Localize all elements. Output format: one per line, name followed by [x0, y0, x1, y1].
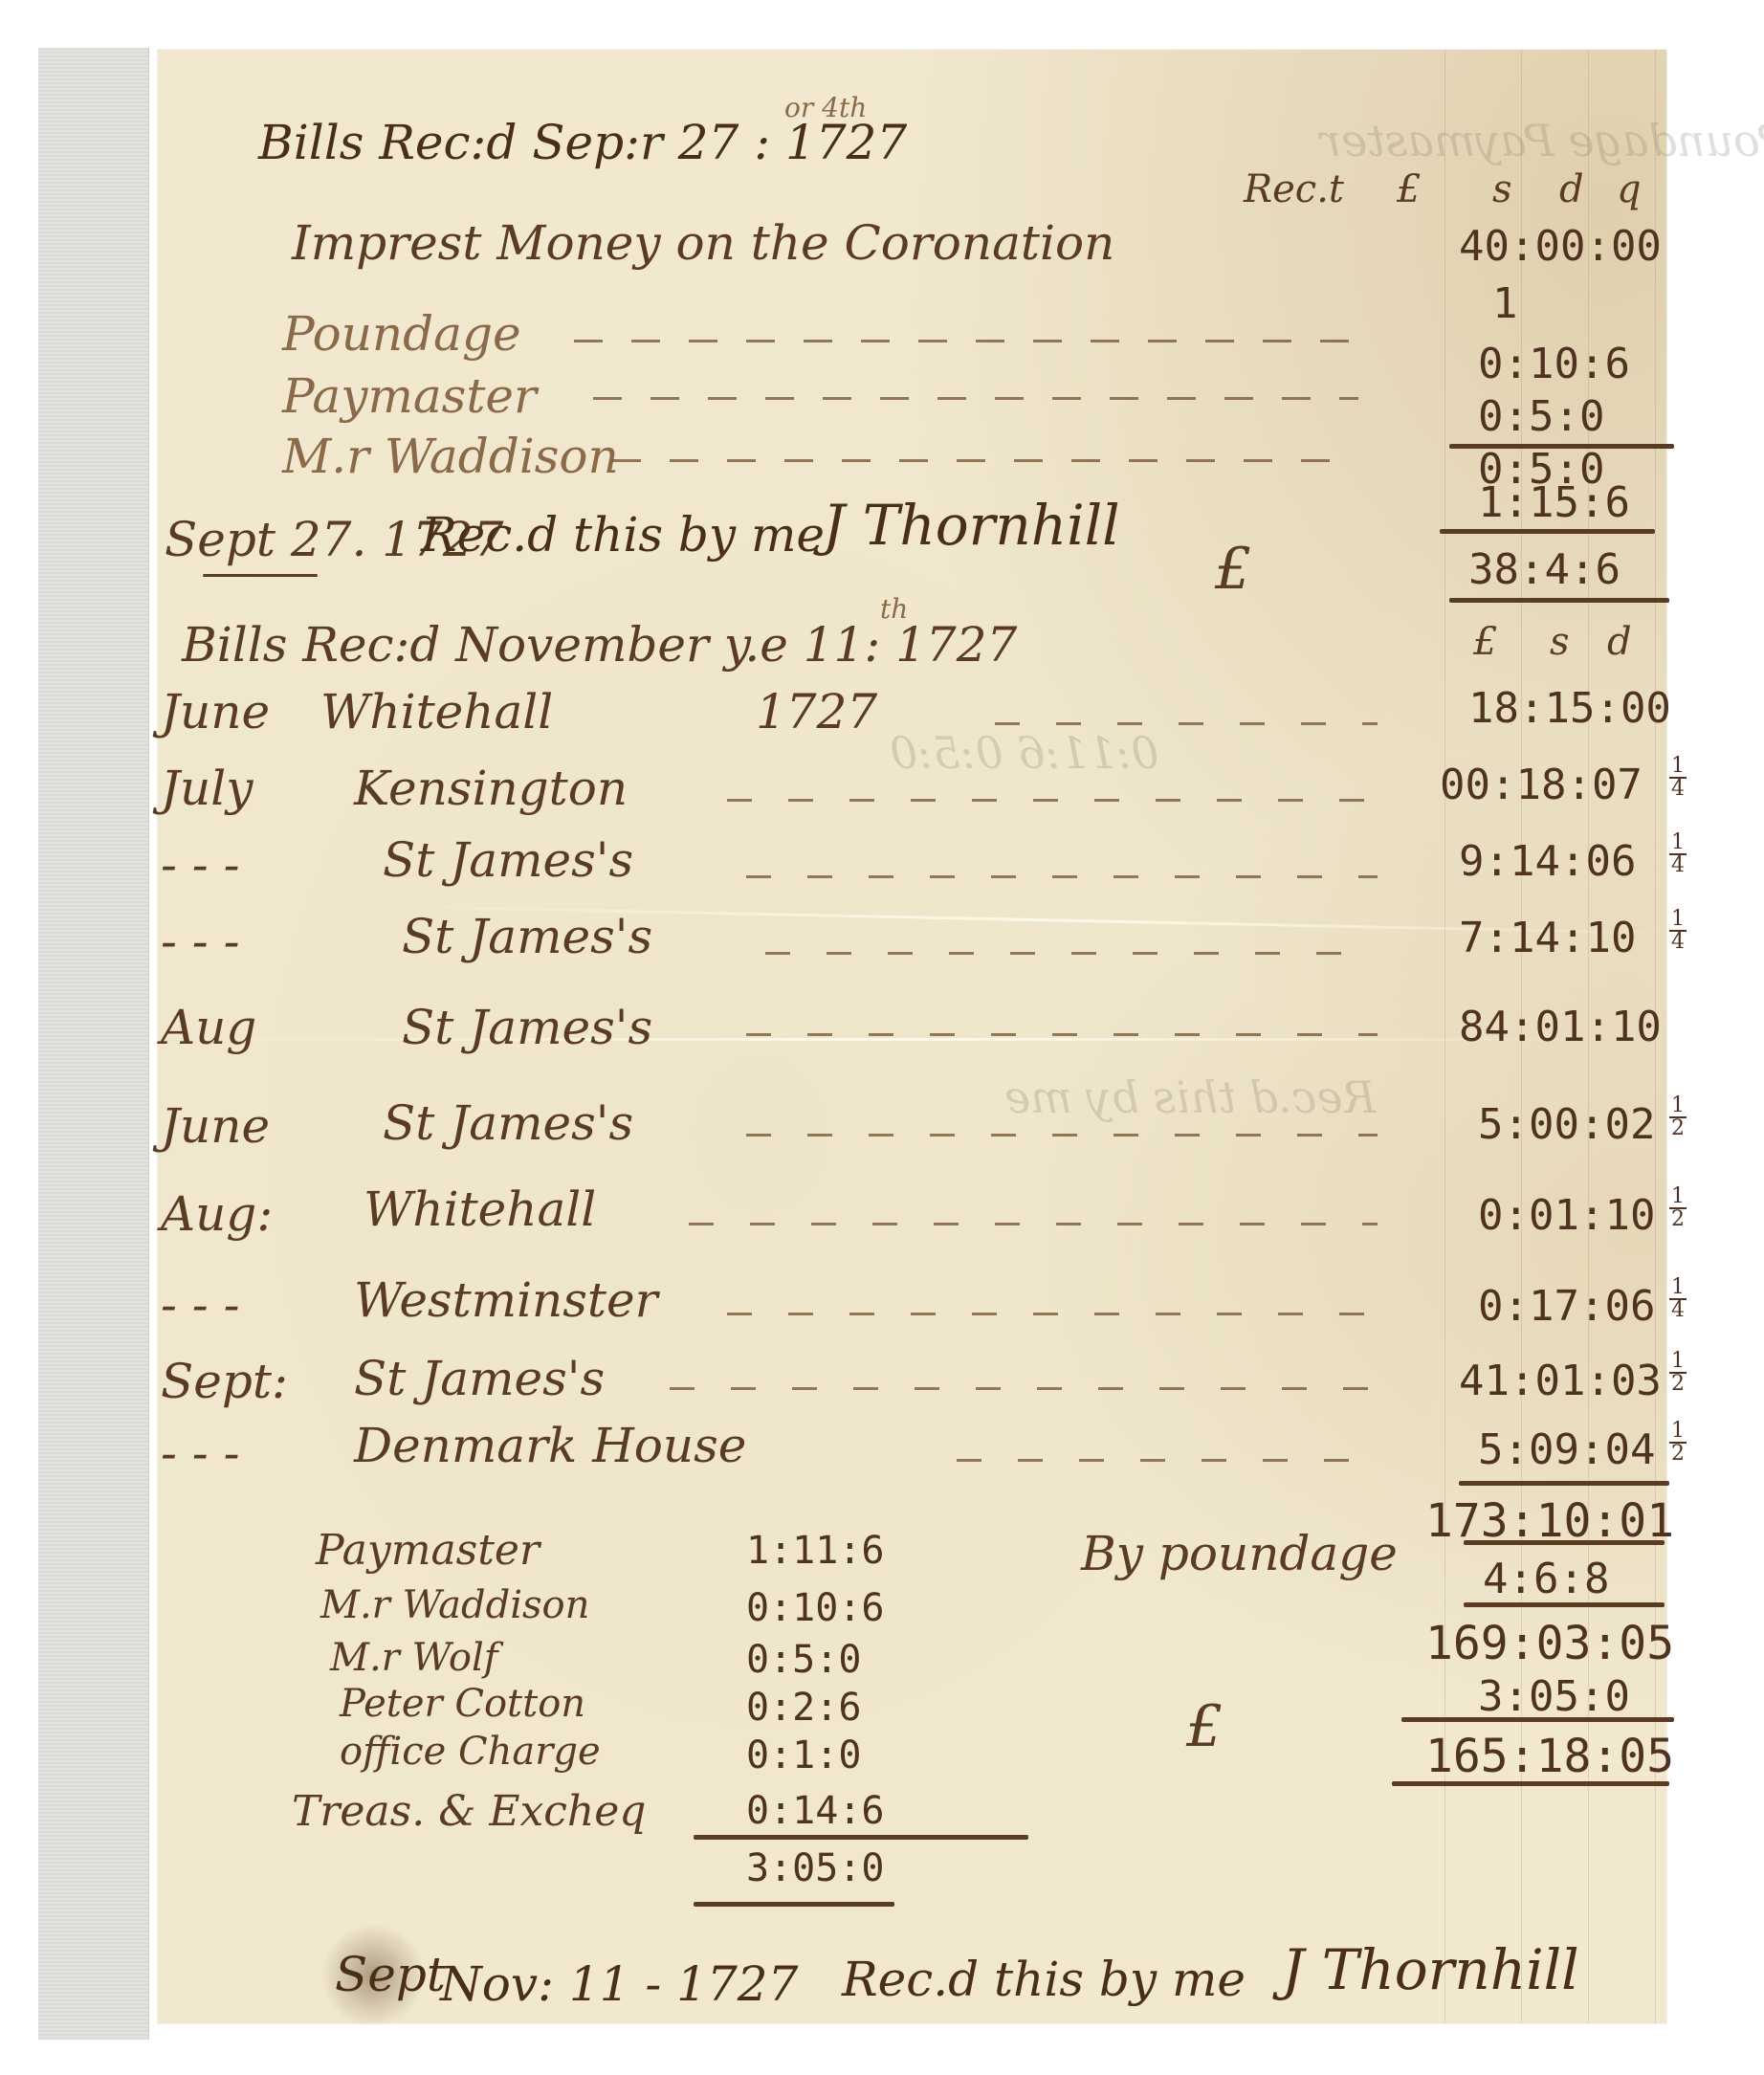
receipt2-margin-mark: Sept [335, 1947, 446, 2002]
leader-dashes [670, 1387, 1378, 1390]
entry-amount: 5:09:04 [1478, 1425, 1655, 1474]
fee-amount: 0:10:6 [746, 1586, 885, 1630]
entry-fraction: 14 [1669, 756, 1687, 800]
entry-amount: 18:15:00 [1468, 684, 1671, 733]
binding-tape [38, 48, 149, 2040]
fees-total: 3:05:0 [746, 1846, 885, 1890]
entry-fraction: 12 [1669, 1186, 1687, 1230]
entry-place: St James's [402, 1000, 652, 1055]
total-rule [1401, 1717, 1674, 1722]
fee-label: M.r Waddison [320, 1583, 589, 1627]
entry-fraction: 12 [1669, 1421, 1687, 1465]
imprest-amount: 40:00:00 [1459, 222, 1662, 271]
entry-month: - - - [161, 1277, 239, 1333]
subtotal-rule [1440, 529, 1655, 534]
deduction-label-waddison: M.r Waddison [282, 429, 619, 484]
receipt2-date: Nov: 11 - 1727 [440, 1956, 798, 2012]
deduction-label-poundage: Poundage [282, 306, 521, 362]
entry-amount: 0:17:06 [1478, 1282, 1655, 1331]
fee-amount: 0:14:6 [746, 1789, 885, 1833]
bleed-through-text: 0:11:6 0:5:0 [890, 727, 1158, 779]
fee-amount: 0:5:0 [746, 1638, 861, 1682]
entry-place: Kensington [354, 761, 628, 816]
fee-amount: 0:2:6 [746, 1686, 861, 1730]
leader-dashes [574, 340, 1358, 342]
fee-amount: 1:11:6 [746, 1529, 885, 1573]
fee-label: Peter Cotton [340, 1682, 585, 1726]
receipt1-signature: J Thornhill [823, 493, 1120, 558]
entry-fraction: 14 [1669, 1277, 1687, 1321]
fees-deduction-amount: 3:05:0 [1478, 1672, 1630, 1721]
column-header-pounds: £ [1473, 620, 1497, 664]
leader-dashes [995, 722, 1378, 725]
receipt1-text: Rec.d this by me [421, 507, 825, 563]
entry-place: Whitehall [320, 684, 553, 739]
total-rule [1464, 1540, 1665, 1545]
total-rule [1459, 1481, 1669, 1486]
entry-month: - - - [161, 914, 239, 969]
receipt2-text: Rec.d this by me [842, 1952, 1246, 2007]
fee-label: Treas. & Excheq [292, 1787, 646, 1836]
total-rule [1464, 1602, 1665, 1607]
entry-amount: 41:01:03 [1459, 1357, 1662, 1405]
heading-superscript: th [880, 593, 908, 625]
entry-place: St James's [354, 1351, 605, 1406]
entry-month: June [161, 684, 270, 739]
entry-month: Aug [161, 1000, 256, 1055]
leader-dashes [746, 1033, 1378, 1036]
entry-amount: 00:18:07 [1440, 761, 1643, 809]
total-rule [1449, 598, 1669, 603]
entry-month: June [161, 1098, 270, 1154]
deductions-marker: 1 [1492, 279, 1518, 328]
entry-fraction: 12 [1669, 1095, 1687, 1139]
leader-dashes [957, 1459, 1378, 1462]
pound-sign: £ [1186, 1693, 1223, 1760]
entry-month: - - - [161, 1425, 239, 1481]
net-total-section2: 165:18:05 [1425, 1730, 1674, 1783]
fees-total-rule [694, 1902, 894, 1907]
entry-place: St James's [402, 909, 652, 964]
entry-month: Sept: [161, 1354, 288, 1409]
bleed-through-text: Rec.d this by me [1004, 1071, 1376, 1123]
deduction-label-paymaster: Paymaster [282, 368, 537, 424]
leader-dashes [746, 1134, 1378, 1137]
ruled-column-line [1444, 50, 1445, 2023]
entry-amount: 9:14:06 [1459, 837, 1636, 886]
after-poundage-amount: 169:03:05 [1425, 1617, 1674, 1670]
paper-crease [172, 1038, 1607, 1041]
bleed-through-text: Rec.d Poundage Paymaster [1320, 115, 1764, 166]
entry-place: St James's [383, 832, 633, 888]
entry-amount: 84:01:10 [1459, 1003, 1662, 1051]
leader-dashes [612, 459, 1358, 462]
leader-dashes [746, 875, 1378, 878]
deduction-amount-poundage: 0:10:6 [1478, 340, 1630, 388]
fee-amount: 0:1:0 [746, 1733, 861, 1777]
leader-dashes [727, 799, 1378, 802]
entry-place: St James's [383, 1095, 633, 1151]
column-header-receipt: Rec.t [1244, 167, 1344, 211]
column-header-pounds: £ [1397, 167, 1421, 211]
entry-fraction: 12 [1669, 1351, 1687, 1395]
fee-label: Paymaster [316, 1526, 540, 1575]
leader-dashes [593, 397, 1358, 400]
entry-amount: 0:01:10 [1478, 1191, 1655, 1240]
column-header-farthings: q [1617, 167, 1642, 211]
column-header-shillings: s [1492, 167, 1512, 211]
fee-label: M.r Wolf [330, 1636, 498, 1680]
entry-fraction: 14 [1669, 832, 1687, 876]
entry-fraction: 14 [1669, 909, 1687, 953]
entry-place: Denmark House [354, 1418, 746, 1473]
fees-total-rule [694, 1835, 1028, 1840]
fee-label: office Charge [340, 1730, 601, 1774]
net-total-section1: 38:4:6 [1468, 545, 1621, 594]
leader-dashes [727, 1313, 1378, 1315]
section2-heading: Bills Rec:d November y.e 11: 1727 [182, 617, 1017, 673]
imprest-label: Imprest Money on the Coronation [292, 215, 1114, 271]
deductions-total: 1:15:6 [1478, 478, 1630, 527]
entry-place: Westminster [354, 1272, 658, 1328]
leader-dashes [689, 1223, 1378, 1225]
receipt2-signature: J Thornhill [1282, 1937, 1579, 2002]
column-header-pence: d [1559, 167, 1584, 211]
column-header-shillings: s [1550, 620, 1570, 664]
leader-dashes [765, 952, 1378, 955]
entry-place: Whitehall [364, 1181, 596, 1237]
total-rule [1392, 1781, 1669, 1786]
column-header-pence: d [1607, 620, 1632, 664]
entry-amount: 7:14:10 [1459, 914, 1636, 962]
entry-month: Aug: [161, 1186, 273, 1242]
poundage-label: By poundage [1081, 1526, 1398, 1581]
entry-month: - - - [161, 837, 239, 893]
deduction-amount-paymaster: 0:5:0 [1478, 392, 1604, 441]
date-underline [203, 574, 318, 577]
subtotal-rule [1449, 444, 1674, 449]
pound-sign: £ [1215, 536, 1251, 603]
poundage-amount: 4:6:8 [1483, 1555, 1609, 1603]
entry-month: July [161, 761, 253, 816]
heading-superscript: or 4th [784, 92, 867, 123]
entry-year: 1727 [756, 684, 877, 739]
entry-amount: 5:00:02 [1478, 1100, 1655, 1149]
